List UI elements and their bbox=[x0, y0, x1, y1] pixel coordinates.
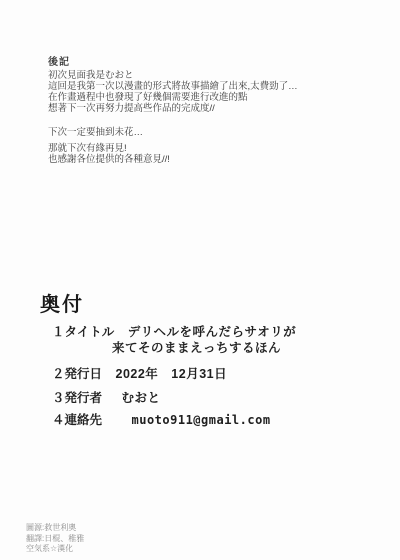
afterword-closing: 那就下次有緣再見! 也感謝各位提供的各種意見//! bbox=[48, 143, 170, 165]
afterword-line: 這回是我第一次以漫畫的形式將故事描繪了出來,太費勁了… bbox=[48, 81, 298, 92]
book-title-line2: 来てそのままえっちするほん bbox=[112, 341, 281, 355]
colophon-contact-label: ４連絡先 bbox=[52, 410, 102, 428]
colophon-author-label: ３発行者 bbox=[52, 388, 102, 406]
colophon-title-label: １タイトル bbox=[52, 322, 114, 340]
colophon-date-label: ２発行日 bbox=[52, 364, 102, 382]
scanlation-credits: 圖源:救世利奧 翻譯:日棍、稚雅 空気系☆漢化 bbox=[26, 523, 84, 555]
colophon-heading: 奥付 bbox=[40, 288, 84, 317]
afterword-paragraph: 初次見面我是むおと 這回是我第一次以漫畫的形式將故事描繪了出來,太費勁了… 在作… bbox=[48, 70, 298, 114]
credit-source: 圖源:救世利奧 bbox=[26, 523, 84, 534]
afterword-line: 也感謝各位提供的各種意見//! bbox=[48, 154, 170, 165]
afterword-line: 想著下一次再努力提高些作品的完成度// bbox=[48, 103, 298, 114]
colophon-date-row: ２発行日 2022年 12月31日 bbox=[52, 364, 227, 382]
afterword-wish-line: 下次一定要抽到未花… bbox=[48, 124, 143, 138]
colophon-author-row: ３発行者 むおと bbox=[52, 388, 161, 406]
afterword-line: 初次見面我是むおと bbox=[48, 70, 298, 81]
colophon-contact-row: ４連絡先 muoto911@gmail.com bbox=[52, 410, 271, 428]
afterword-heading: 後記 bbox=[48, 53, 70, 68]
afterword-line: 那就下次有緣再見! bbox=[48, 143, 170, 154]
afterword-line: 在作畫過程中也發現了好幾個需要進行改進的點 bbox=[48, 92, 298, 103]
scanned-afterword-page: 後記 初次見面我是むおと 這回是我第一次以漫畫的形式將故事描繪了出來,太費勁了…… bbox=[0, 0, 400, 560]
publication-date: 2022年 12月31日 bbox=[116, 367, 228, 381]
colophon-title-row-2: 来てそのままえっちするほん bbox=[112, 338, 281, 356]
book-title-line1: デリヘルを呼んだらサオリが bbox=[128, 325, 297, 339]
contact-email: muoto911@gmail.com bbox=[132, 413, 271, 427]
author-name: むおと bbox=[122, 391, 161, 405]
credit-translator: 翻譯:日棍、稚雅 bbox=[26, 534, 84, 545]
credit-group: 空気系☆漢化 bbox=[26, 544, 84, 555]
